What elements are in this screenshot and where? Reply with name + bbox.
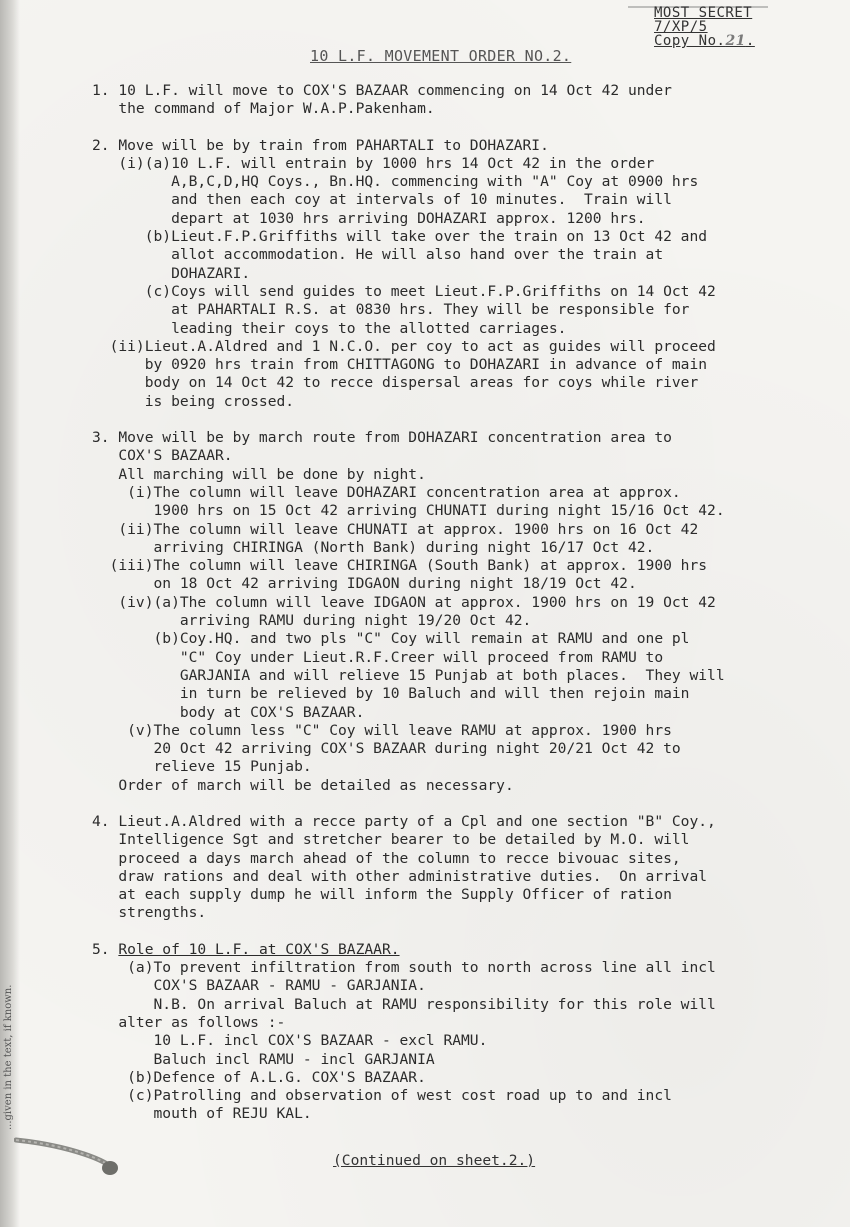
text-line: strengths. xyxy=(92,904,822,922)
paragraph-4: 4. Lieut.A.Aldred with a recce party of … xyxy=(92,813,822,923)
paragraph-heading: 5. Role of 10 L.F. at COX'S BAZAAR. xyxy=(92,941,822,959)
text-line: (iv)(a)The column will leave IDGAON at a… xyxy=(92,594,822,612)
text-line: 20 Oct 42 arriving COX'S BAZAAR during n… xyxy=(92,740,822,758)
continuation-text: (Continued on sheet.2.) xyxy=(333,1152,535,1169)
copy-number-line: Copy No.21. xyxy=(654,34,755,48)
classification-block: MOST SECRET 7/XP/5 Copy No.21. xyxy=(654,6,755,48)
text-line: at PAHARTALI R.S. at 0830 hrs. They will… xyxy=(92,301,822,319)
text-line: on 18 Oct 42 arriving IDGAON during nigh… xyxy=(92,575,822,593)
text-line: the command of Major W.A.P.Pakenham. xyxy=(92,100,822,118)
text-line: 10 L.F. incl COX'S BAZAAR - excl RAMU. xyxy=(92,1032,822,1050)
text-line: (v)The column less "C" Coy will leave RA… xyxy=(92,722,822,740)
paragraph-3: 3. Move will be by march route from DOHA… xyxy=(92,429,822,795)
text-line: relieve 15 Punjab. xyxy=(92,758,822,776)
margin-note: ...given in the text, if known. xyxy=(3,985,14,1130)
text-line: (c)Patrolling and observation of west co… xyxy=(92,1087,822,1105)
text-line: "C" Coy under Lieut.R.F.Creer will proce… xyxy=(92,649,822,667)
security-marking: MOST SECRET xyxy=(654,6,755,20)
text-line: 3. Move will be by march route from DOHA… xyxy=(92,429,822,447)
text-line: is being crossed. xyxy=(92,393,822,411)
text-line: (ii)The column will leave CHUNATI at app… xyxy=(92,521,822,539)
text-line: COX'S BAZAAR. xyxy=(92,447,822,465)
paragraph-2: 2. Move will be by train from PAHARTALI … xyxy=(92,137,822,411)
text-line: draw rations and deal with other adminis… xyxy=(92,868,822,886)
text-line: (b)Lieut.F.P.Griffiths will take over th… xyxy=(92,228,822,246)
text-line: 1. 10 L.F. will move to COX'S BAZAAR com… xyxy=(92,82,822,100)
text-line: DOHAZARI. xyxy=(92,265,822,283)
text-line: Intelligence Sgt and stretcher bearer to… xyxy=(92,831,822,849)
text-line: 1900 hrs on 15 Oct 42 arriving CHUNATI d… xyxy=(92,502,822,520)
text-line: (c)Coys will send guides to meet Lieut.F… xyxy=(92,283,822,301)
text-line: 4. Lieut.A.Aldred with a recce party of … xyxy=(92,813,822,831)
document-title: 10 L.F. MOVEMENT ORDER NO.2. xyxy=(310,47,571,65)
continuation-note: (Continued on sheet.2.) xyxy=(333,1152,535,1169)
text-line: proceed a days march ahead of the column… xyxy=(92,850,822,868)
text-line: (a)To prevent infiltration from south to… xyxy=(92,959,822,977)
copy-number: 21 xyxy=(725,33,745,49)
text-line: (b)Coy.HQ. and two pls "C" Coy will rema… xyxy=(92,630,822,648)
reference-number: 7/XP/5 xyxy=(654,20,755,34)
text-line: body at COX'S BAZAAR. xyxy=(92,704,822,722)
text-line: in turn be relieved by 10 Baluch and wil… xyxy=(92,685,822,703)
text-line: allot accommodation. He will also hand o… xyxy=(92,246,822,264)
order-body: 1. 10 L.F. will move to COX'S BAZAAR com… xyxy=(92,82,822,1142)
text-line: and then each coy at intervals of 10 min… xyxy=(92,191,822,209)
text-line: at each supply dump he will inform the S… xyxy=(92,886,822,904)
text-line: leading their coys to the allotted carri… xyxy=(92,320,822,338)
text-line: depart at 1030 hrs arriving DOHAZARI app… xyxy=(92,210,822,228)
text-line: alter as follows :- xyxy=(92,1014,822,1032)
text-line: N.B. On arrival Baluch at RAMU responsib… xyxy=(92,996,822,1014)
copy-label: Copy No. xyxy=(654,33,725,49)
document-page: ...given in the text, if known. MOST SEC… xyxy=(0,0,850,1227)
text-line: (i)(a)10 L.F. will entrain by 1000 hrs 1… xyxy=(92,155,822,173)
text-line: 2. Move will be by train from PAHARTALI … xyxy=(92,137,822,155)
text-line: GARJANIA and will relieve 15 Punjab at b… xyxy=(92,667,822,685)
paragraph-5: 5. Role of 10 L.F. at COX'S BAZAAR. (a)T… xyxy=(92,941,822,1124)
text-line: All marching will be done by night. xyxy=(92,466,822,484)
text-line: COX'S BAZAAR - RAMU - GARJANIA. xyxy=(92,977,822,995)
text-line: Baluch incl RAMU - incl GARJANIA xyxy=(92,1051,822,1069)
text-line: (i)The column will leave DOHAZARI concen… xyxy=(92,484,822,502)
text-line: A,B,C,D,HQ Coys., Bn.HQ. commencing with… xyxy=(92,173,822,191)
text-line: body on 14 Oct 42 to recce dispersal are… xyxy=(92,374,822,392)
text-line: by 0920 hrs train from CHITTAGONG to DOH… xyxy=(92,356,822,374)
text-line: (iii)The column will leave CHIRINGA (Sou… xyxy=(92,557,822,575)
text-line: mouth of REJU KAL. xyxy=(92,1105,822,1123)
text-line: Order of march will be detailed as neces… xyxy=(92,777,822,795)
paragraph-1: 1. 10 L.F. will move to COX'S BAZAAR com… xyxy=(92,82,822,119)
text-line: (ii)Lieut.A.Aldred and 1 N.C.O. per coy … xyxy=(92,338,822,356)
text-line: arriving CHIRINGA (North Bank) during ni… xyxy=(92,539,822,557)
text-line: arriving RAMU during night 19/20 Oct 42. xyxy=(92,612,822,630)
text-line: (b)Defence of A.L.G. COX'S BAZAAR. xyxy=(92,1069,822,1087)
